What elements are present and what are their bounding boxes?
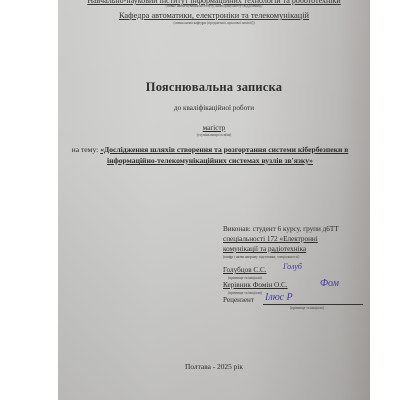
performer-line-2: спеціальності 172 «Електронні [223,235,318,245]
supervisor-name: Фомін О.С. [253,281,288,289]
institute-caption: (повне найменування інституту, назва фак… [58,4,370,8]
student-signature: Голуб [283,262,302,271]
student-name: Голубцов С.С. [223,266,267,276]
supervisor-line: Керівник Фомін О.С. [223,281,288,291]
supervisor-signature: Фом [320,278,339,289]
student-caption: (прізвище та ініціали) [228,276,262,280]
performer-line-3: комунікації та радіотехніка [223,245,306,255]
department-caption: (повна назва кафедри (предметної, циклов… [58,21,370,25]
document-page: Навчально-науковий інститут інформаційни… [58,0,370,400]
topic-block: на тему: «Дослідження шляхів створення т… [64,144,356,166]
performer-caption: (шифр і назва напряму підготовки, спеціа… [223,255,299,259]
performer-line-1: Виконав: студент 6 курсу, групи д6ТТ [223,225,339,235]
reviewer-label: Рецензент [223,296,254,306]
degree-caption: (ступінь вищої освіти) [58,133,370,137]
supervisor-caption: (прізвище та ініціали) [228,291,262,295]
city-year: Полтава - 2025 рік [58,362,370,371]
document-title: Пояснювальна записка [58,80,370,95]
supervisor-label: Керівник [223,281,251,289]
reviewer-signature-line [263,304,363,305]
department-name: Кафедра автоматики, електроніки та телек… [58,11,370,20]
reviewer-signature: Ілюс Р [265,292,293,303]
topic-prefix: на тему: [72,145,99,154]
work-type: до кваліфікаційної роботи [58,104,370,112]
reviewer-caption: (прізвище та ініціали) [290,306,324,310]
degree: магістр [58,124,370,132]
topic-text: «Дослідження шляхів створення та розгорт… [100,145,348,165]
